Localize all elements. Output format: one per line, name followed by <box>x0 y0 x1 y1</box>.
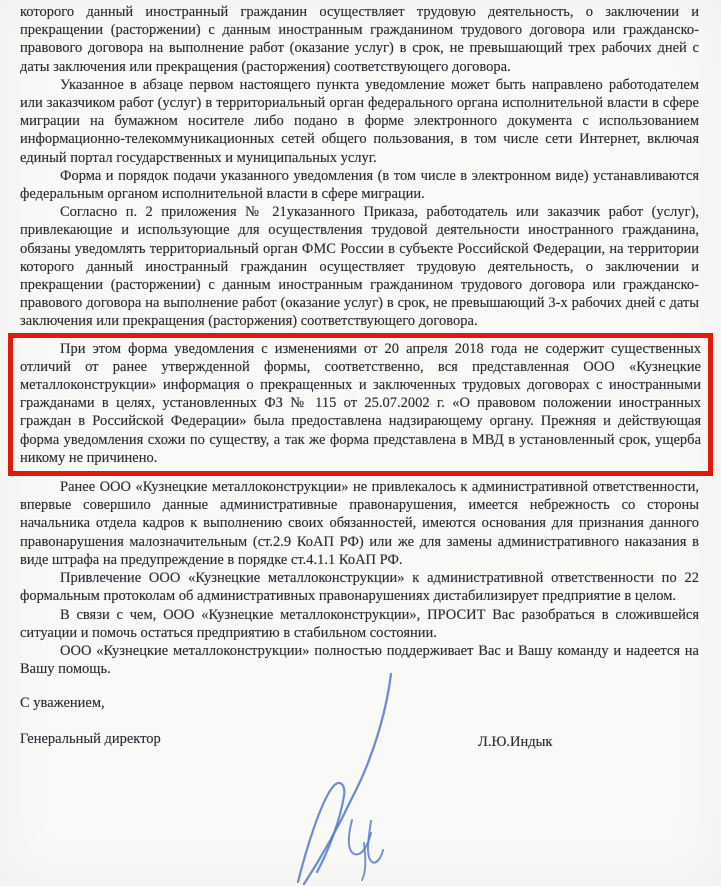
signatory-title: Генеральный директор <box>20 730 161 748</box>
signature-row: Генеральный директор Л.Ю.Индык <box>20 730 699 754</box>
paragraph-support: ООО «Кузнецкие металлоконструкции» полно… <box>20 642 699 678</box>
paragraph-order-annex-21: Согласно п. 2 приложения № 21указанного … <box>20 203 699 330</box>
paragraph-22-protocols: Привлечение ООО «Кузнецкие металлоконстр… <box>20 569 699 605</box>
paragraph-continuation: которого данный иностранный гражданин ос… <box>20 3 699 76</box>
paragraph-notification-channels: Указанное в абзаце первом настоящего пун… <box>20 76 699 167</box>
highlight-box: При этом форма уведомления с изменениями… <box>8 333 713 476</box>
paragraph-notification-form: Форма и порядок подачи указанного уведом… <box>20 167 699 203</box>
highlighted-paragraph: При этом форма уведомления с изменениями… <box>20 340 701 467</box>
closing-salutation: С уважением, <box>20 694 699 712</box>
paragraph-request: В связи с чем, ООО «Кузнецкие металлокон… <box>20 606 699 642</box>
signatory-name: Л.Ю.Индык <box>478 733 552 751</box>
paragraph-no-prior-liability: Ранее ООО «Кузнецкие металлоконструкции»… <box>20 478 699 569</box>
scanned-letter-page: которого данный иностранный гражданин ос… <box>0 0 721 886</box>
